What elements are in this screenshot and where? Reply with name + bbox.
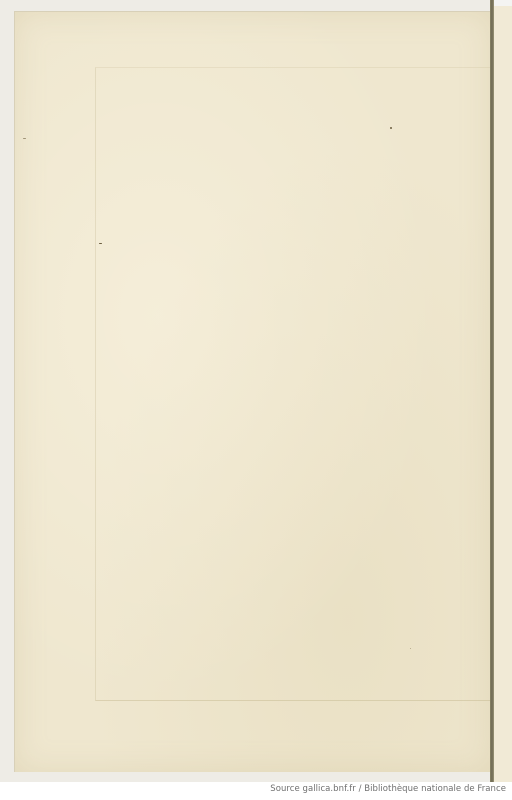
- source-credit: Source gallica.bnf.fr / Bibliothèque nat…: [270, 784, 506, 794]
- paper-speck: [390, 127, 392, 129]
- scan-area: [0, 0, 512, 782]
- paper-speck: [23, 138, 26, 139]
- source-footer: Source gallica.bnf.fr / Bibliothèque nat…: [0, 782, 512, 800]
- adjacent-page-edge: [494, 0, 512, 782]
- blank-scanned-page: [14, 11, 491, 772]
- plate-mark: [95, 67, 491, 701]
- adjacent-page-top-margin: [494, 0, 512, 6]
- page-viewer: Source gallica.bnf.fr / Bibliothèque nat…: [0, 0, 512, 800]
- paper-speck: [99, 243, 102, 244]
- paper-speck: [410, 648, 411, 649]
